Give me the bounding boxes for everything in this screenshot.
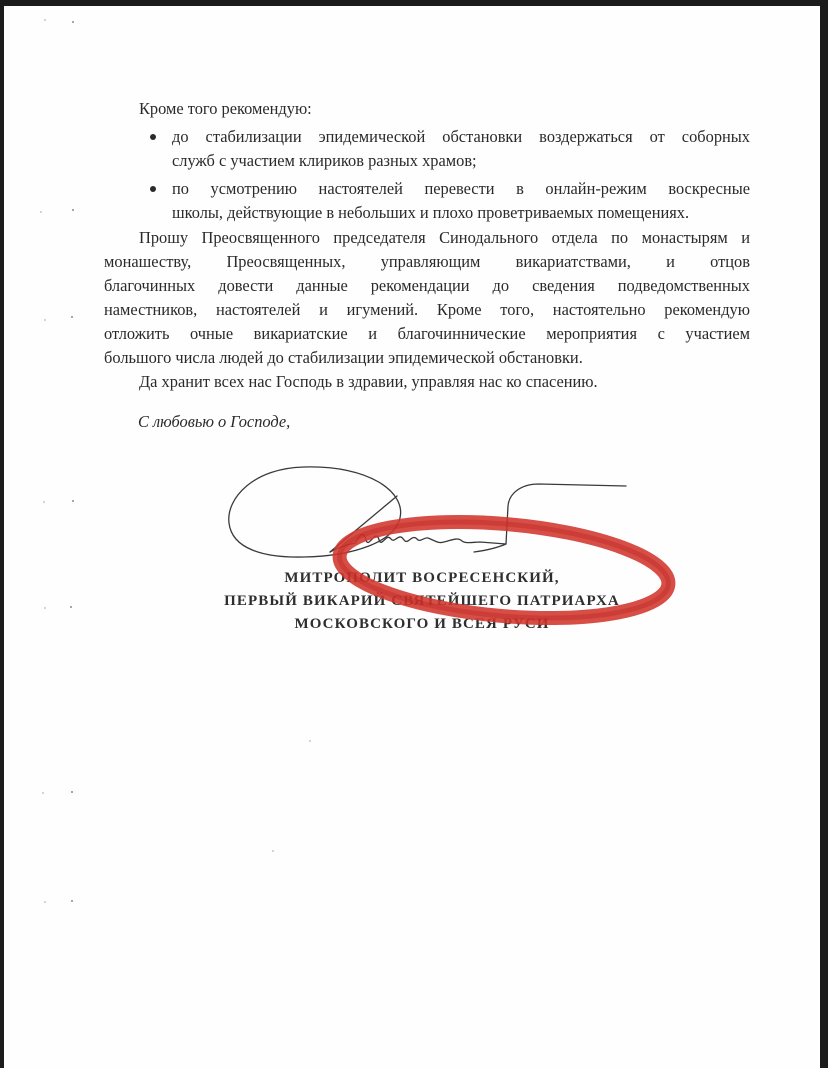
signature-and-annotation-layer <box>4 6 820 1068</box>
red-ellipse-highlight <box>336 510 673 630</box>
document-page: Кроме того рекомендую: до стабилизации э… <box>4 6 820 1068</box>
handwritten-signature <box>229 467 626 557</box>
